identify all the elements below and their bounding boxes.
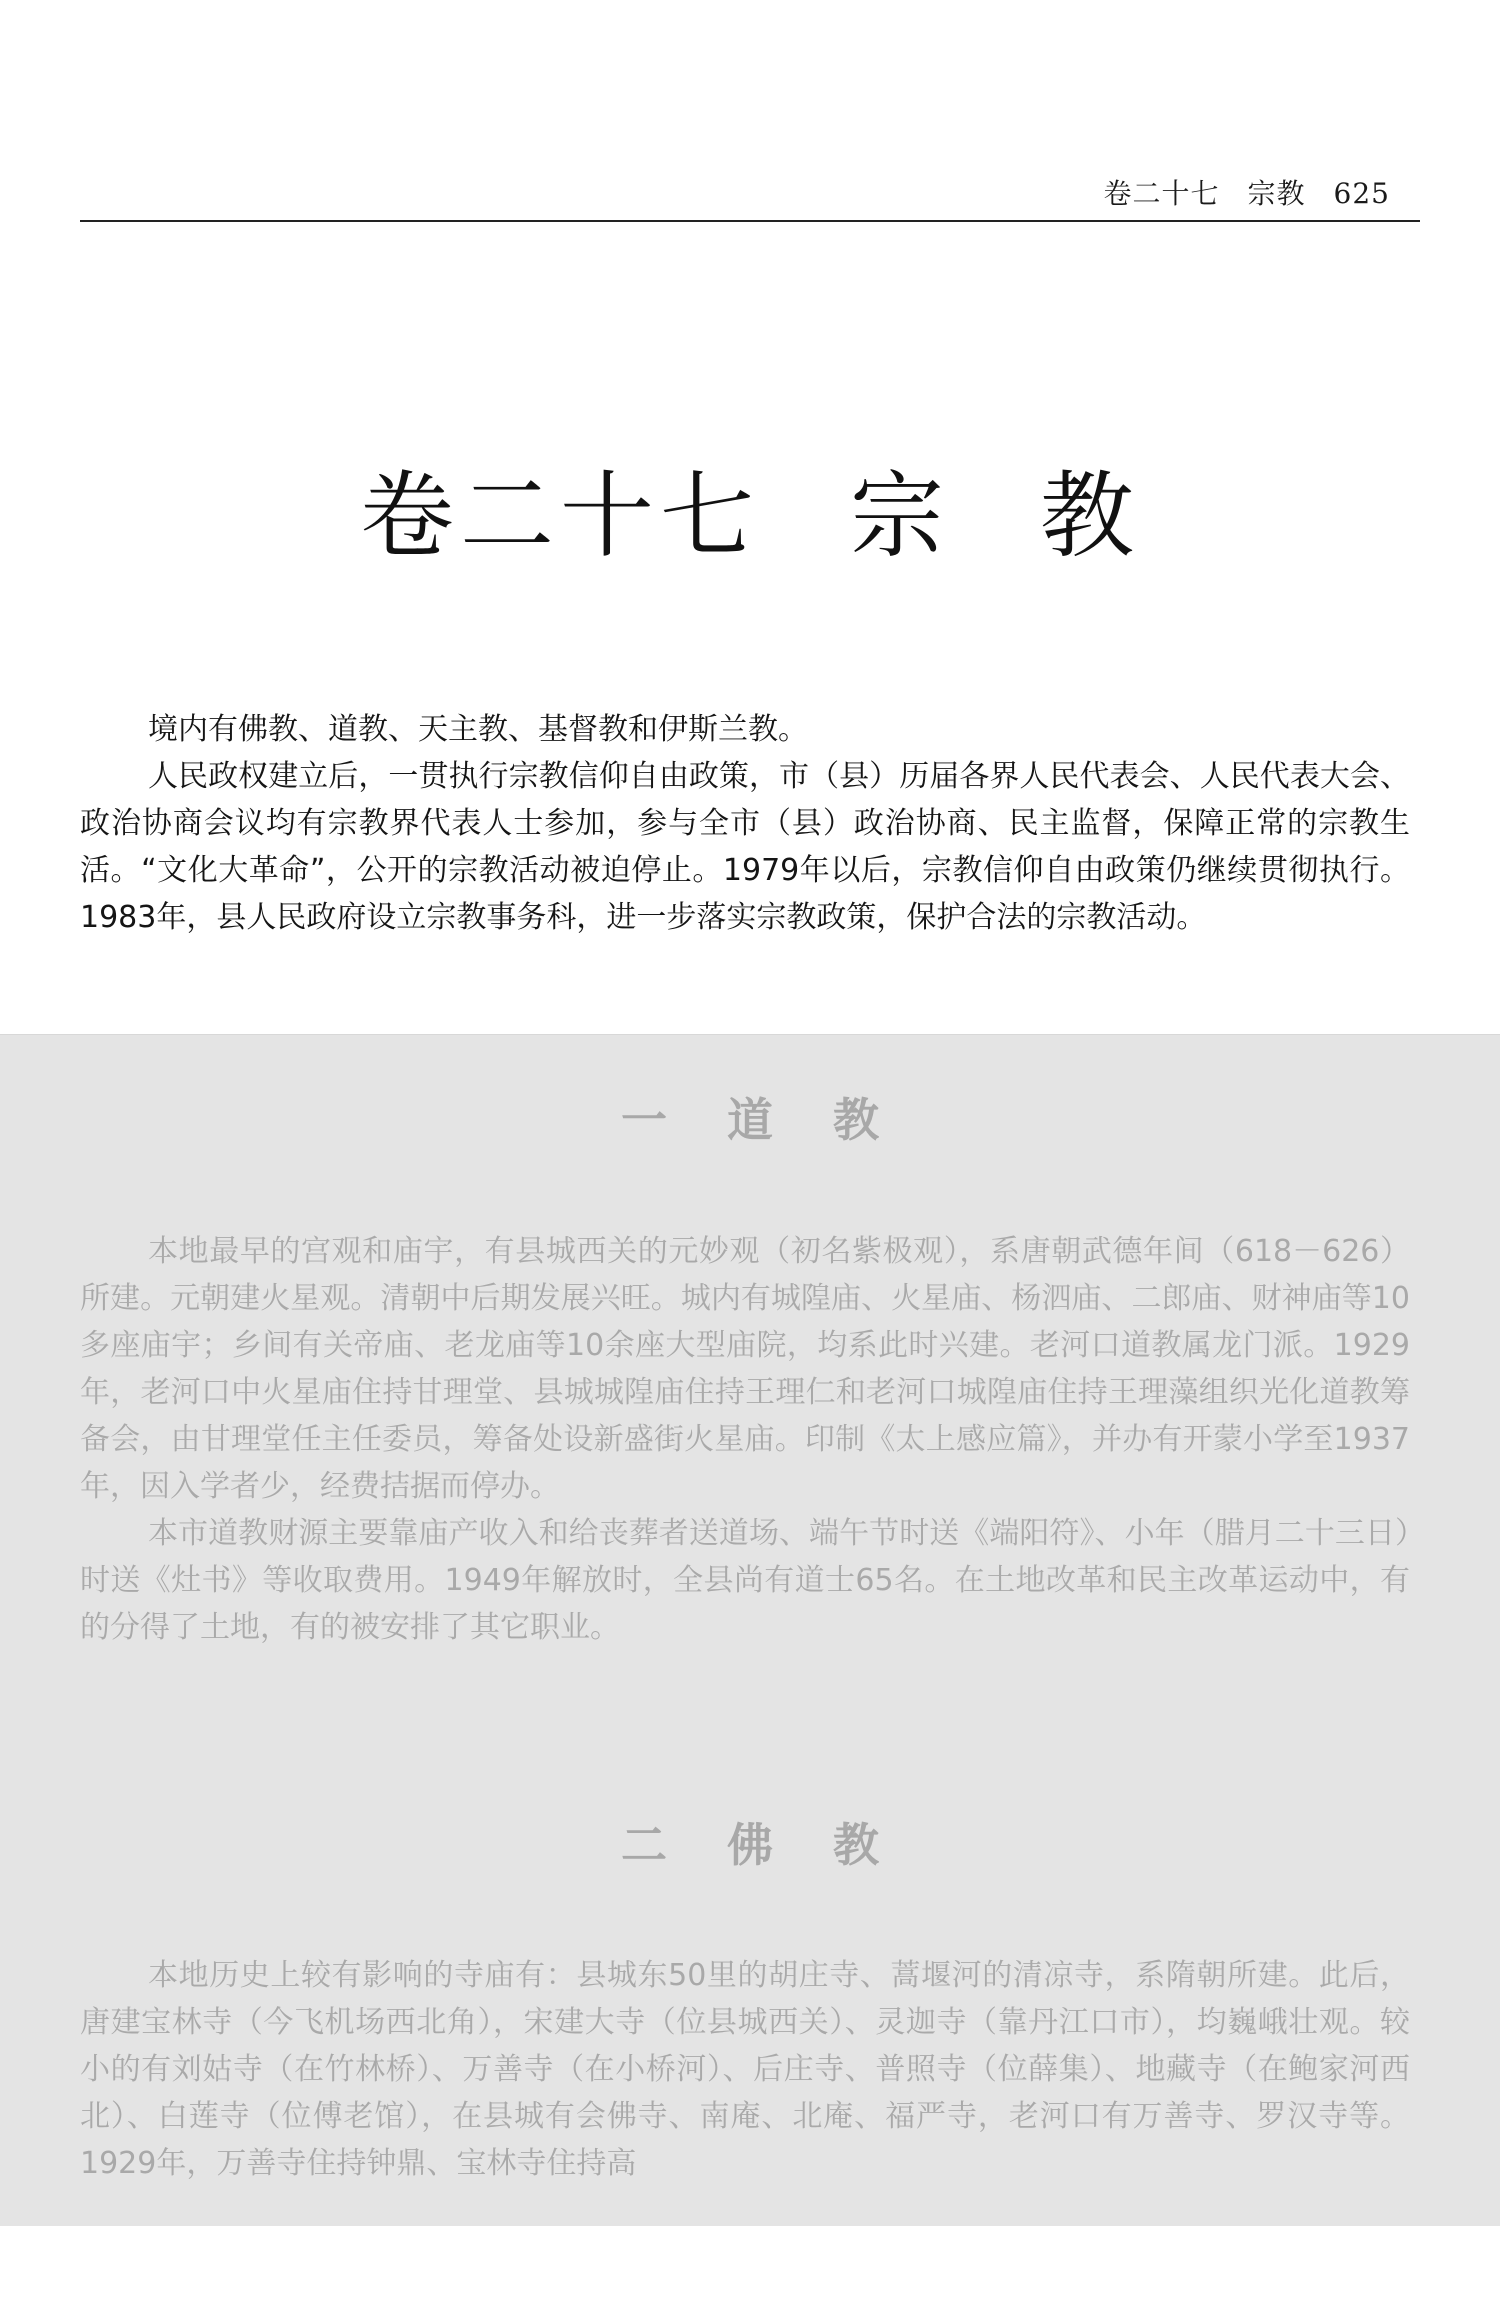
section-body-buddhism: 本地历史上较有影响的寺庙有：县城东50里的胡庄寺、蒿堰河的清凉寺，系隋朝所建。此… [80, 1952, 1410, 2187]
section-title-char: 道 [727, 1093, 773, 1147]
section-paragraph: 本地历史上较有影响的寺庙有：县城东50里的胡庄寺、蒿堰河的清凉寺，系隋朝所建。此… [80, 1952, 1410, 2187]
chapter-title-char-1: 宗 [850, 462, 950, 571]
section-heading-buddhism: 二佛教 [0, 1815, 1500, 1875]
page-number: 625 [1334, 177, 1390, 210]
running-head: 卷二十七宗教625 [80, 168, 1420, 222]
intro-paragraph: 境内有佛教、道教、天主教、基督教和伊斯兰教。 [80, 706, 1410, 753]
section-title-char: 教 [833, 1093, 879, 1147]
section-number: 二 [621, 1818, 667, 1872]
section-heading-taoism: 一道教 [0, 1090, 1500, 1150]
section-title-char: 教 [833, 1818, 879, 1872]
section-paragraph: 本地最早的宫观和庙宇，有县城西关的元妙观（初名紫极观），系唐朝武德年间（618－… [80, 1228, 1410, 1510]
running-head-chapter: 卷二十七 [1104, 177, 1220, 210]
running-head-text: 卷二十七宗教625 [1104, 172, 1390, 212]
intro-text: 境内有佛教、道教、天主教、基督教和伊斯兰教。 人民政权建立后，一贯执行宗教信仰自… [80, 706, 1410, 941]
section-number: 一 [621, 1093, 667, 1147]
intro-paragraph: 人民政权建立后，一贯执行宗教信仰自由政策，市（县）历届各界人民代表会、人民代表大… [80, 753, 1410, 941]
running-head-topic: 宗教 [1248, 177, 1306, 210]
chapter-title-char-2: 教 [1040, 462, 1140, 571]
section-title-char: 佛 [727, 1818, 773, 1872]
chapter-title-volume: 卷二十七 [360, 462, 760, 571]
chapter-title: 卷二十七宗教 [0, 462, 1500, 572]
section-paragraph: 本市道教财源主要靠庙产收入和给丧葬者送道场、端午节时送《端阳符》、小年（腊月二十… [80, 1510, 1410, 1651]
section-body-taoism: 本地最早的宫观和庙宇，有县城西关的元妙观（初名紫极观），系唐朝武德年间（618－… [80, 1228, 1410, 1651]
